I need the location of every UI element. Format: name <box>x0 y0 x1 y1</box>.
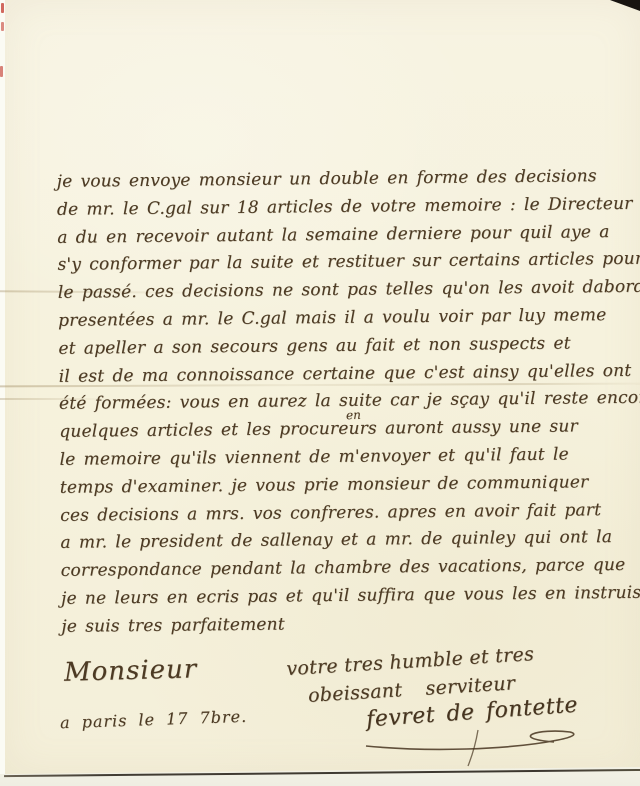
red-edge-mark <box>1 22 4 31</box>
letter-line: je ne leurs en ecris pas et qu'il suffir… <box>61 580 606 614</box>
letter-line: je suis tres parfaitement <box>61 608 606 642</box>
letter-body: je vous envoye monsieur un double en for… <box>57 163 607 641</box>
scanned-letter-page: je vous envoye monsieur un double en for… <box>0 0 640 786</box>
red-edge-mark <box>0 66 3 77</box>
red-edge-mark <box>1 3 4 13</box>
interline-insertion: en <box>346 408 361 423</box>
closing-salutation: Monsieur <box>64 654 198 687</box>
signature-flourish <box>358 712 583 767</box>
